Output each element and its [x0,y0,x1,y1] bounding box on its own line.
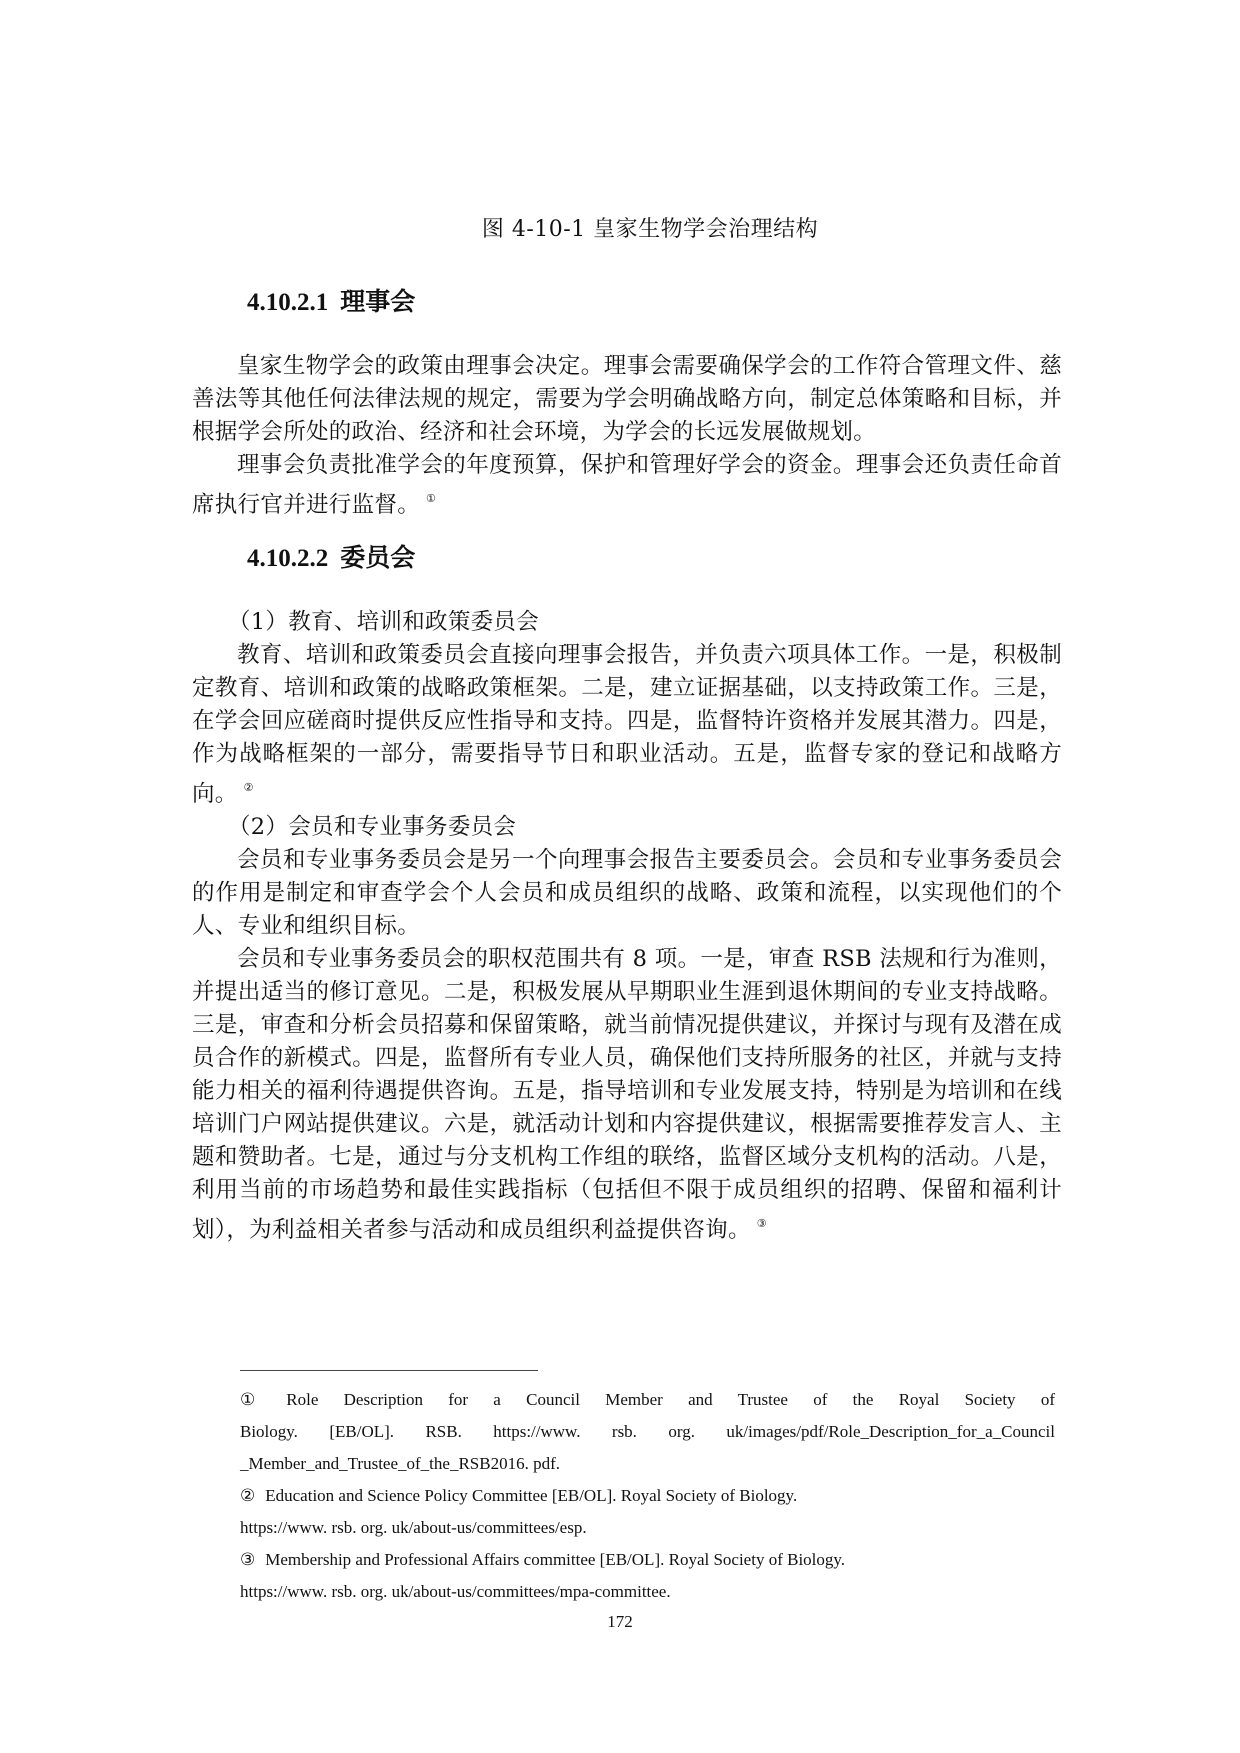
footnote-3-url[interactable]: https://www. rsb. org. uk/about-us/commi… [240,1576,1055,1608]
section-body-council: 皇家生物学会的政策由理事会决定。理事会需要确保学会的工作符合管理文件、慈善法等其… [192,350,1062,522]
section-heading-council: 4.10.2.1理事会 [247,282,415,318]
section-heading-committees: 4.10.2.2委员会 [247,538,415,574]
subheading: （2）会员和专业事务委员会 [192,811,1062,844]
section-title: 委员会 [340,545,415,572]
section-number: 4.10.2.1 [247,289,328,316]
subheading: （1）教育、培训和政策委员会 [192,606,1062,639]
section-number: 4.10.2.2 [247,545,328,572]
footnotes: ①Role Description for a Council Member a… [240,1384,1055,1608]
footnote-1-cont: Biology. [EB/OL]. RSB. https://www. rsb.… [240,1416,1055,1448]
footnote-ref[interactable]: ① [426,492,436,505]
footnote-ref[interactable]: ② [244,781,254,794]
footnote-ref[interactable]: ③ [757,1217,767,1230]
paragraph: 会员和专业事务委员会是另一个向理事会报告主要委员会。会员和专业事务委员会的作用是… [192,844,1062,943]
footnote-divider [240,1370,538,1371]
section-body-committees: （1）教育、培训和政策委员会 教育、培训和政策委员会直接向理事会报告，并负责六项… [192,606,1062,1247]
footnote-1: ①Role Description for a Council Member a… [240,1384,1055,1416]
paragraph: 会员和专业事务委员会的职权范围共有 8 项。一是，审查 RSB 法规和行为准则，… [192,943,1062,1247]
page-number: 172 [0,1612,1240,1632]
paragraph: 教育、培训和政策委员会直接向理事会报告，并负责六项具体工作。一是，积极制定教育、… [192,639,1062,811]
section-title: 理事会 [340,289,415,316]
figure-caption: 图 4-10-1 皇家生物学会治理结构 [0,212,1240,243]
footnote-2: ②Education and Science Policy Committee … [240,1480,1055,1512]
footnote-2-url[interactable]: https://www. rsb. org. uk/about-us/commi… [240,1512,1055,1544]
paragraph: 理事会负责批准学会的年度预算，保护和管理好学会的资金。理事会还负责任命首席执行官… [192,449,1062,522]
footnote-3: ③Membership and Professional Affairs com… [240,1544,1055,1576]
footnote-1-cont: _Member_and_Trustee_of_the_RSB2016. pdf. [240,1448,1055,1480]
paragraph: 皇家生物学会的政策由理事会决定。理事会需要确保学会的工作符合管理文件、慈善法等其… [192,350,1062,449]
